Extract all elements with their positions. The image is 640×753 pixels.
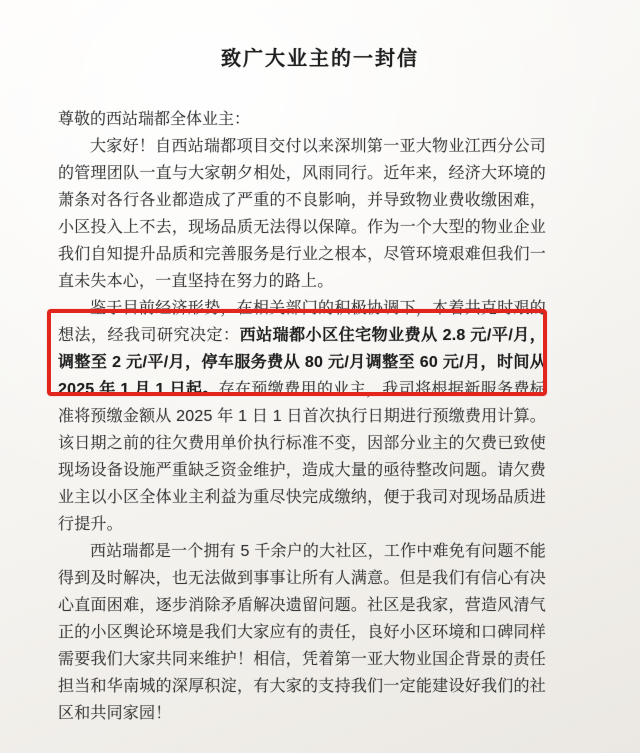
text-segment: 准将预缴金额从 2025 年 1 日 1 日首次执行日期进行预缴费用计算。	[58, 408, 546, 425]
text-segment: 得到及时解决，也无法做到事事让所有人满意。但是我们有信心有决	[58, 570, 546, 587]
text-segment: 萧条对各行各业都造成了严重的不良影响，并导致物业费收缴困难，	[58, 192, 546, 209]
text-segment: 小区投入上不去，现场品质无法得以保障。作为一个大型的物业企业	[58, 219, 546, 236]
text-segment: 该日期之前的往欠费用单价执行标准不变，因部分业主的欠费已致使	[58, 435, 546, 452]
text-segment: 2025 年 1 月 1 日起。	[58, 381, 219, 398]
document-line: 需要我们大家共同来维护！相信，凭着第一亚大物业国企背景的责任	[58, 646, 546, 673]
text-segment: 我们自知提升品质和完善服务是行业之根本，尽管环境艰难但我们一	[58, 246, 546, 263]
document-line: 行提升。	[58, 511, 546, 538]
document-line: 调整至 2 元/平/月，停车服务费从 80 元/月调整至 60 元/月，时间从	[58, 349, 546, 376]
document-line: 2025 年 1 月 1 日起。存在预缴费用的业主，我司将根据新服务费标	[58, 376, 546, 403]
document-line: 想法，经我司研究决定：西站瑞都小区住宅物业费从 2.8 元/平/月，	[58, 322, 546, 349]
salutation-line: 尊敬的西站瑞都全体业主：	[58, 106, 546, 133]
document-line: 鉴于目前经济形势，在相关部门的积极协调下，本着共克时艰的	[58, 295, 546, 322]
text-segment: 心直面困难，逐步消除矛盾解决遗留问题。社区是我家，营造风清气	[58, 597, 546, 614]
document-line: 现场设备设施严重缺乏资金维护，造成大量的亟待整改问题。请欠费	[58, 457, 546, 484]
text-segment: 大家好！自西站瑞都项目交付以来深圳第一亚大物业江西分公司	[90, 138, 546, 155]
text-segment: 存在预缴费用的业主，我司将根据新服务费标	[219, 381, 546, 398]
text-segment: 现场设备设施严重缺乏资金维护，造成大量的亟待整改问题。请欠费	[58, 462, 546, 479]
text-segment: 想法，经我司研究决定：	[58, 327, 240, 344]
text-segment: 西站瑞都小区住宅物业费从 2.8 元/平/月，	[240, 327, 546, 344]
document-title: 致广大业主的一封信	[0, 42, 640, 71]
letter-page: 致广大业主的一封信 尊敬的西站瑞都全体业主： 大家好！自西站瑞都项目交付以来深圳…	[0, 0, 640, 753]
text-segment: 需要我们大家共同来维护！相信，凭着第一亚大物业国企背景的责任	[58, 651, 546, 668]
document-line: 西站瑞都是一个拥有 5 千余户的大社区，工作中难免有问题不能	[58, 538, 546, 565]
document-line: 萧条对各行各业都造成了严重的不良影响，并导致物业费收缴困难，	[58, 187, 546, 214]
document-line: 的管理团队一直与大家朝夕相处，风雨同行。近年来，经济大环境的	[58, 160, 546, 187]
text-segment: 行提升。	[58, 516, 123, 533]
document-line: 直未失本心，一直坚持在努力的路上。	[58, 268, 546, 295]
text-segment: 直未失本心，一直坚持在努力的路上。	[58, 273, 333, 290]
text-segment: 的管理团队一直与大家朝夕相处，风雨同行。近年来，经济大环境的	[58, 165, 546, 182]
document-line: 我们自知提升品质和完善服务是行业之根本，尽管环境艰难但我们一	[58, 241, 546, 268]
document-line: 大家好！自西站瑞都项目交付以来深圳第一亚大物业江西分公司	[58, 133, 546, 160]
document-line: 小区投入上不去，现场品质无法得以保障。作为一个大型的物业企业	[58, 214, 546, 241]
document-line: 担当和华南城的深厚积淀，有大家的支持我们一定能建设好我们的社	[58, 673, 546, 700]
text-segment: 担当和华南城的深厚积淀，有大家的支持我们一定能建设好我们的社	[58, 678, 546, 695]
text-segment: 西站瑞都是一个拥有 5 千余户的大社区，工作中难免有问题不能	[90, 543, 546, 560]
document-line: 该日期之前的往欠费用单价执行标准不变，因部分业主的欠费已致使	[58, 430, 546, 457]
document-line: 准将预缴金额从 2025 年 1 日 1 日首次执行日期进行预缴费用计算。	[58, 403, 546, 430]
text-segment: 区和共同家园！	[58, 705, 171, 722]
document-lines: 大家好！自西站瑞都项目交付以来深圳第一亚大物业江西分公司的管理团队一直与大家朝夕…	[58, 133, 546, 727]
document-line: 正的小区舆论环境是我们大家应有的责任，良好小区环境和口碑同样	[58, 619, 546, 646]
text-segment: 业主以小区全体业主利益为重尽快完成缴纳，便于我司对现场品质进	[58, 489, 546, 506]
text-segment: 调整至 2 元/平/月，停车服务费从 80 元/月调整至 60 元/月，时间从	[58, 354, 546, 371]
document-line: 区和共同家园！	[58, 700, 546, 727]
document-line: 业主以小区全体业主利益为重尽快完成缴纳，便于我司对现场品质进	[58, 484, 546, 511]
document-line: 得到及时解决，也无法做到事事让所有人满意。但是我们有信心有决	[58, 565, 546, 592]
text-segment: 鉴于目前经济形势，在相关部门的积极协调下，本着共克时艰的	[90, 300, 546, 317]
document-line: 心直面困难，逐步消除矛盾解决遗留问题。社区是我家，营造风清气	[58, 592, 546, 619]
text-segment: 正的小区舆论环境是我们大家应有的责任，良好小区环境和口碑同样	[58, 624, 546, 641]
document-body: 尊敬的西站瑞都全体业主： 大家好！自西站瑞都项目交付以来深圳第一亚大物业江西分公…	[58, 106, 546, 727]
